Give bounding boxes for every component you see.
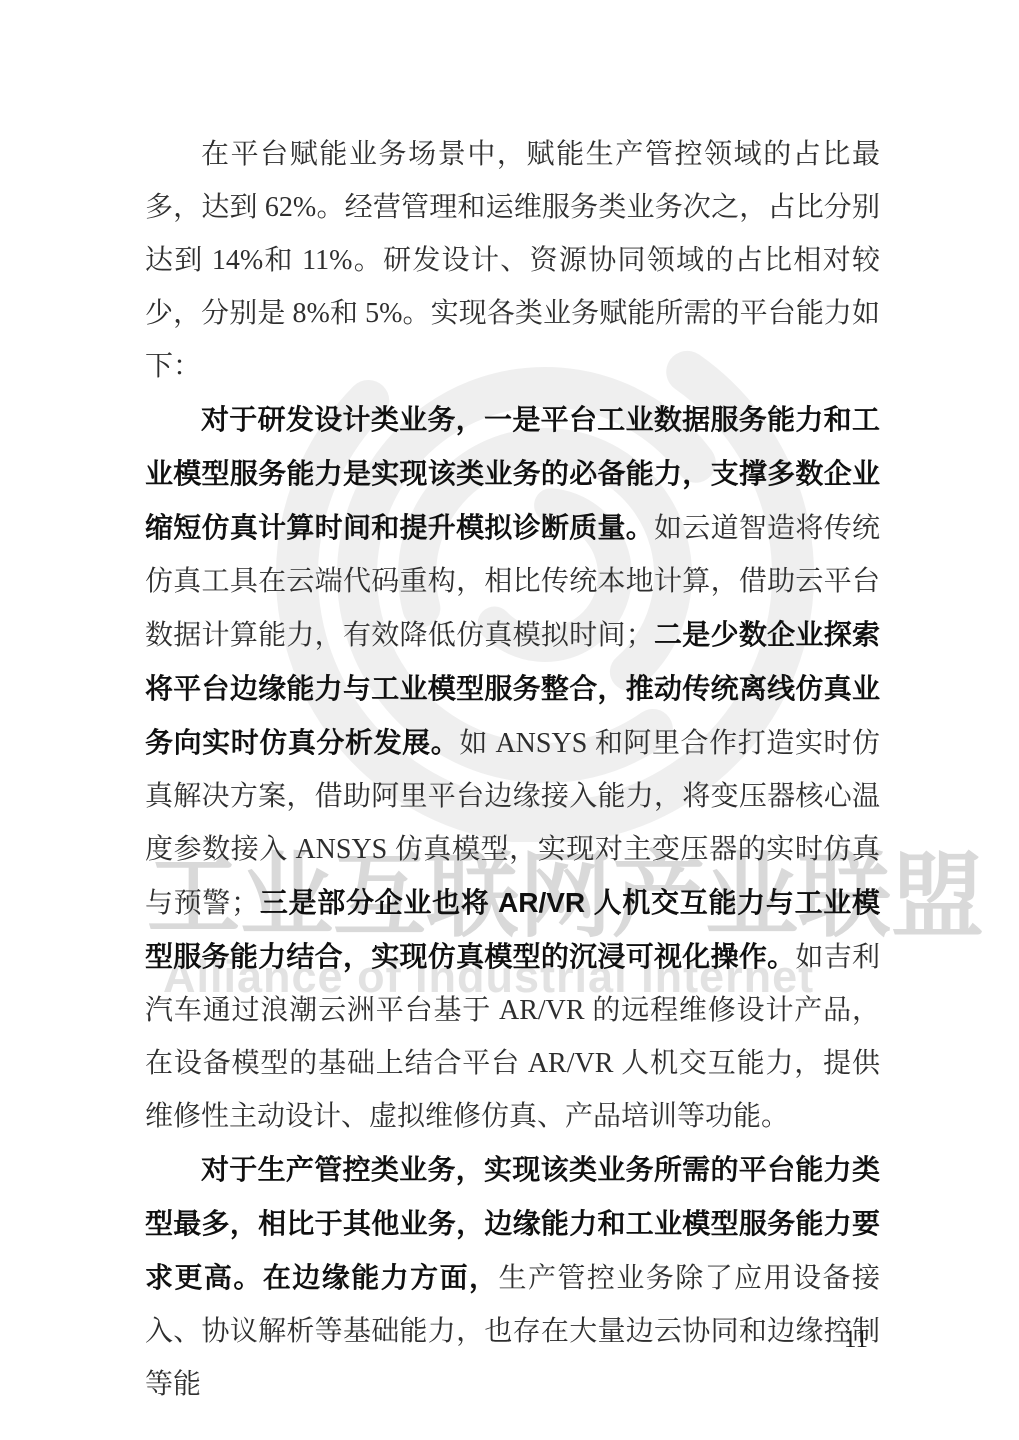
document-body: 在平台赋能业务场景中，赋能生产管控领域的占比最多，达到 62%。经营管理和运维服… xyxy=(145,128,880,1411)
text-run-regular: 在平台赋能业务场景中，赋能生产管控领域的占比最多，达到 62%。经营管理和运维服… xyxy=(145,139,880,382)
page-number: 11 xyxy=(844,1326,868,1354)
document-page: 工业互联网产业联盟 Alliance of Industrial Interne… xyxy=(0,0,1019,1440)
paragraph-production-control-business: 对于生产管控类业务，实现该类业务所需的平台能力类型最多，相比于其他业务，边缘能力… xyxy=(145,1143,880,1411)
paragraph-rd-design-business: 对于研发设计类业务，一是平台工业数据服务能力和工业模型服务能力是实现该类业务的必… xyxy=(145,393,880,1143)
paragraph-platform-share: 在平台赋能业务场景中，赋能生产管控领域的占比最多，达到 62%。经营管理和运维服… xyxy=(145,128,880,393)
